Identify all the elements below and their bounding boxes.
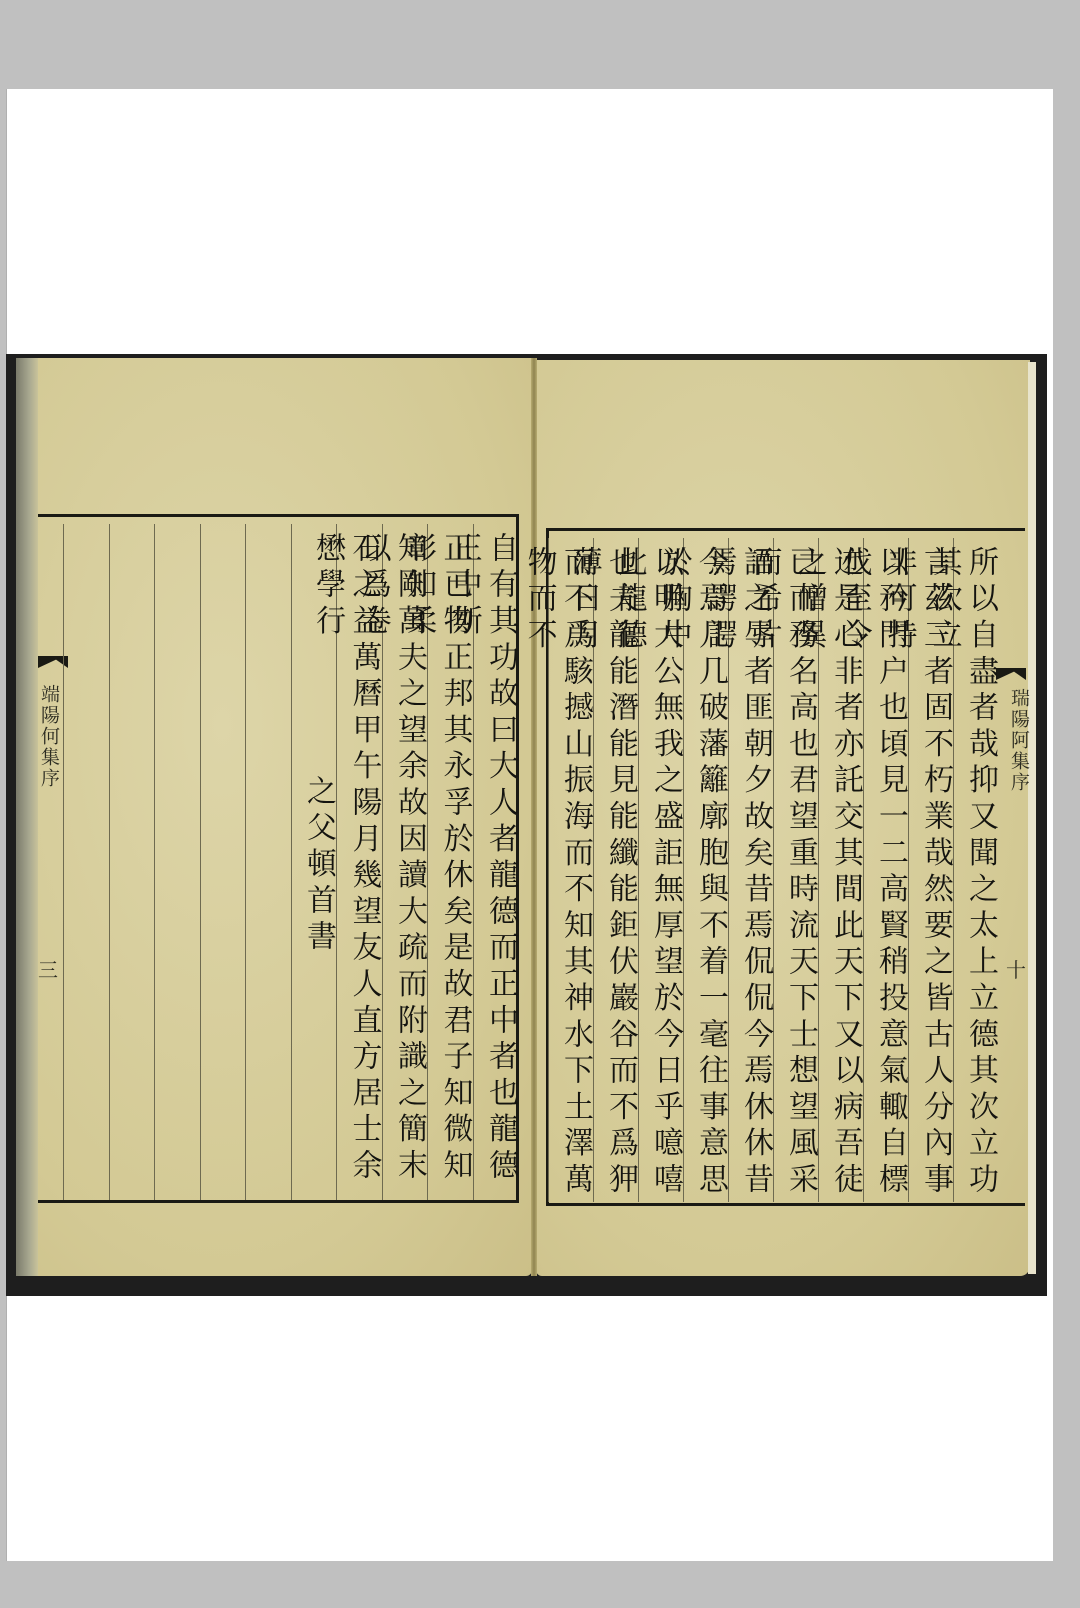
text-column: 石之益萬曆甲午陽月幾望友人直方居士余懋學行 [336, 524, 382, 1200]
text-column: 也夫龍能潛能見能纖能鉅伏巖谷而不爲狎薄日月 [593, 538, 638, 1202]
text-column: 已而務名高也君望重時流天下士想望風采而希片 [773, 538, 818, 1202]
text-column: 之父頓首書 [291, 524, 337, 1200]
empty-column [245, 524, 291, 1200]
page-edge [1028, 362, 1036, 1274]
text-column: 以矜門户也頃見一二高賢稍投意氣輙自標伐至令 [863, 538, 908, 1202]
text-column: 知剛萬夫之望余故因讀大疏而附識之簡末以爲卷 [382, 524, 428, 1200]
text-column: 語之辱者匪朝夕故矣昔焉侃侃今焉休休昔焉諤諤 [728, 538, 773, 1202]
right-margin-title: 瑞陽阿集序 [1006, 688, 1033, 793]
empty-column [109, 524, 155, 1200]
text-column: 而不爲駭撼山振海而不知其神水下土澤萬物而不 [548, 538, 593, 1202]
text-column: 所以自盡者哉抑又聞之太上立德其次立功其次立 [953, 538, 998, 1202]
text-column: 以明大公無我之盛詎無厚望於今日乎噫嘻此龍德 [638, 538, 683, 1202]
right-page-number: 十 [1006, 954, 1026, 983]
empty-column [200, 524, 246, 1200]
text-column: 正已物正邦其永孚於休矣是故君子知微知彰知柔 [427, 524, 473, 1200]
empty-column [154, 524, 200, 1200]
right-page-text: 所以自盡者哉抑又聞之太上立德其次立功其次立 言茲三者固不朽業哉然要之皆古人分內事… [548, 538, 998, 1202]
book-spine-edge [16, 358, 38, 1276]
text-column: 今焉几几破藩籬廓胞與不着一毫往事意思於胸中 [683, 538, 728, 1202]
empty-column [63, 524, 109, 1200]
text-column: 言茲三者固不朽業哉然要之皆古人分內事非可持 [908, 538, 953, 1202]
text-column: 迹是心非者亦託交其間此天下又以病吾徒之憎異 [818, 538, 863, 1202]
text-column: 自有其功故曰大人者龍德而正中者也龍德正中斯 [473, 524, 519, 1200]
left-page-text: 自有其功故曰大人者龍德而正中者也龍德正中斯 正已物正邦其永孚於休矣是故君子知微知… [42, 524, 518, 1200]
